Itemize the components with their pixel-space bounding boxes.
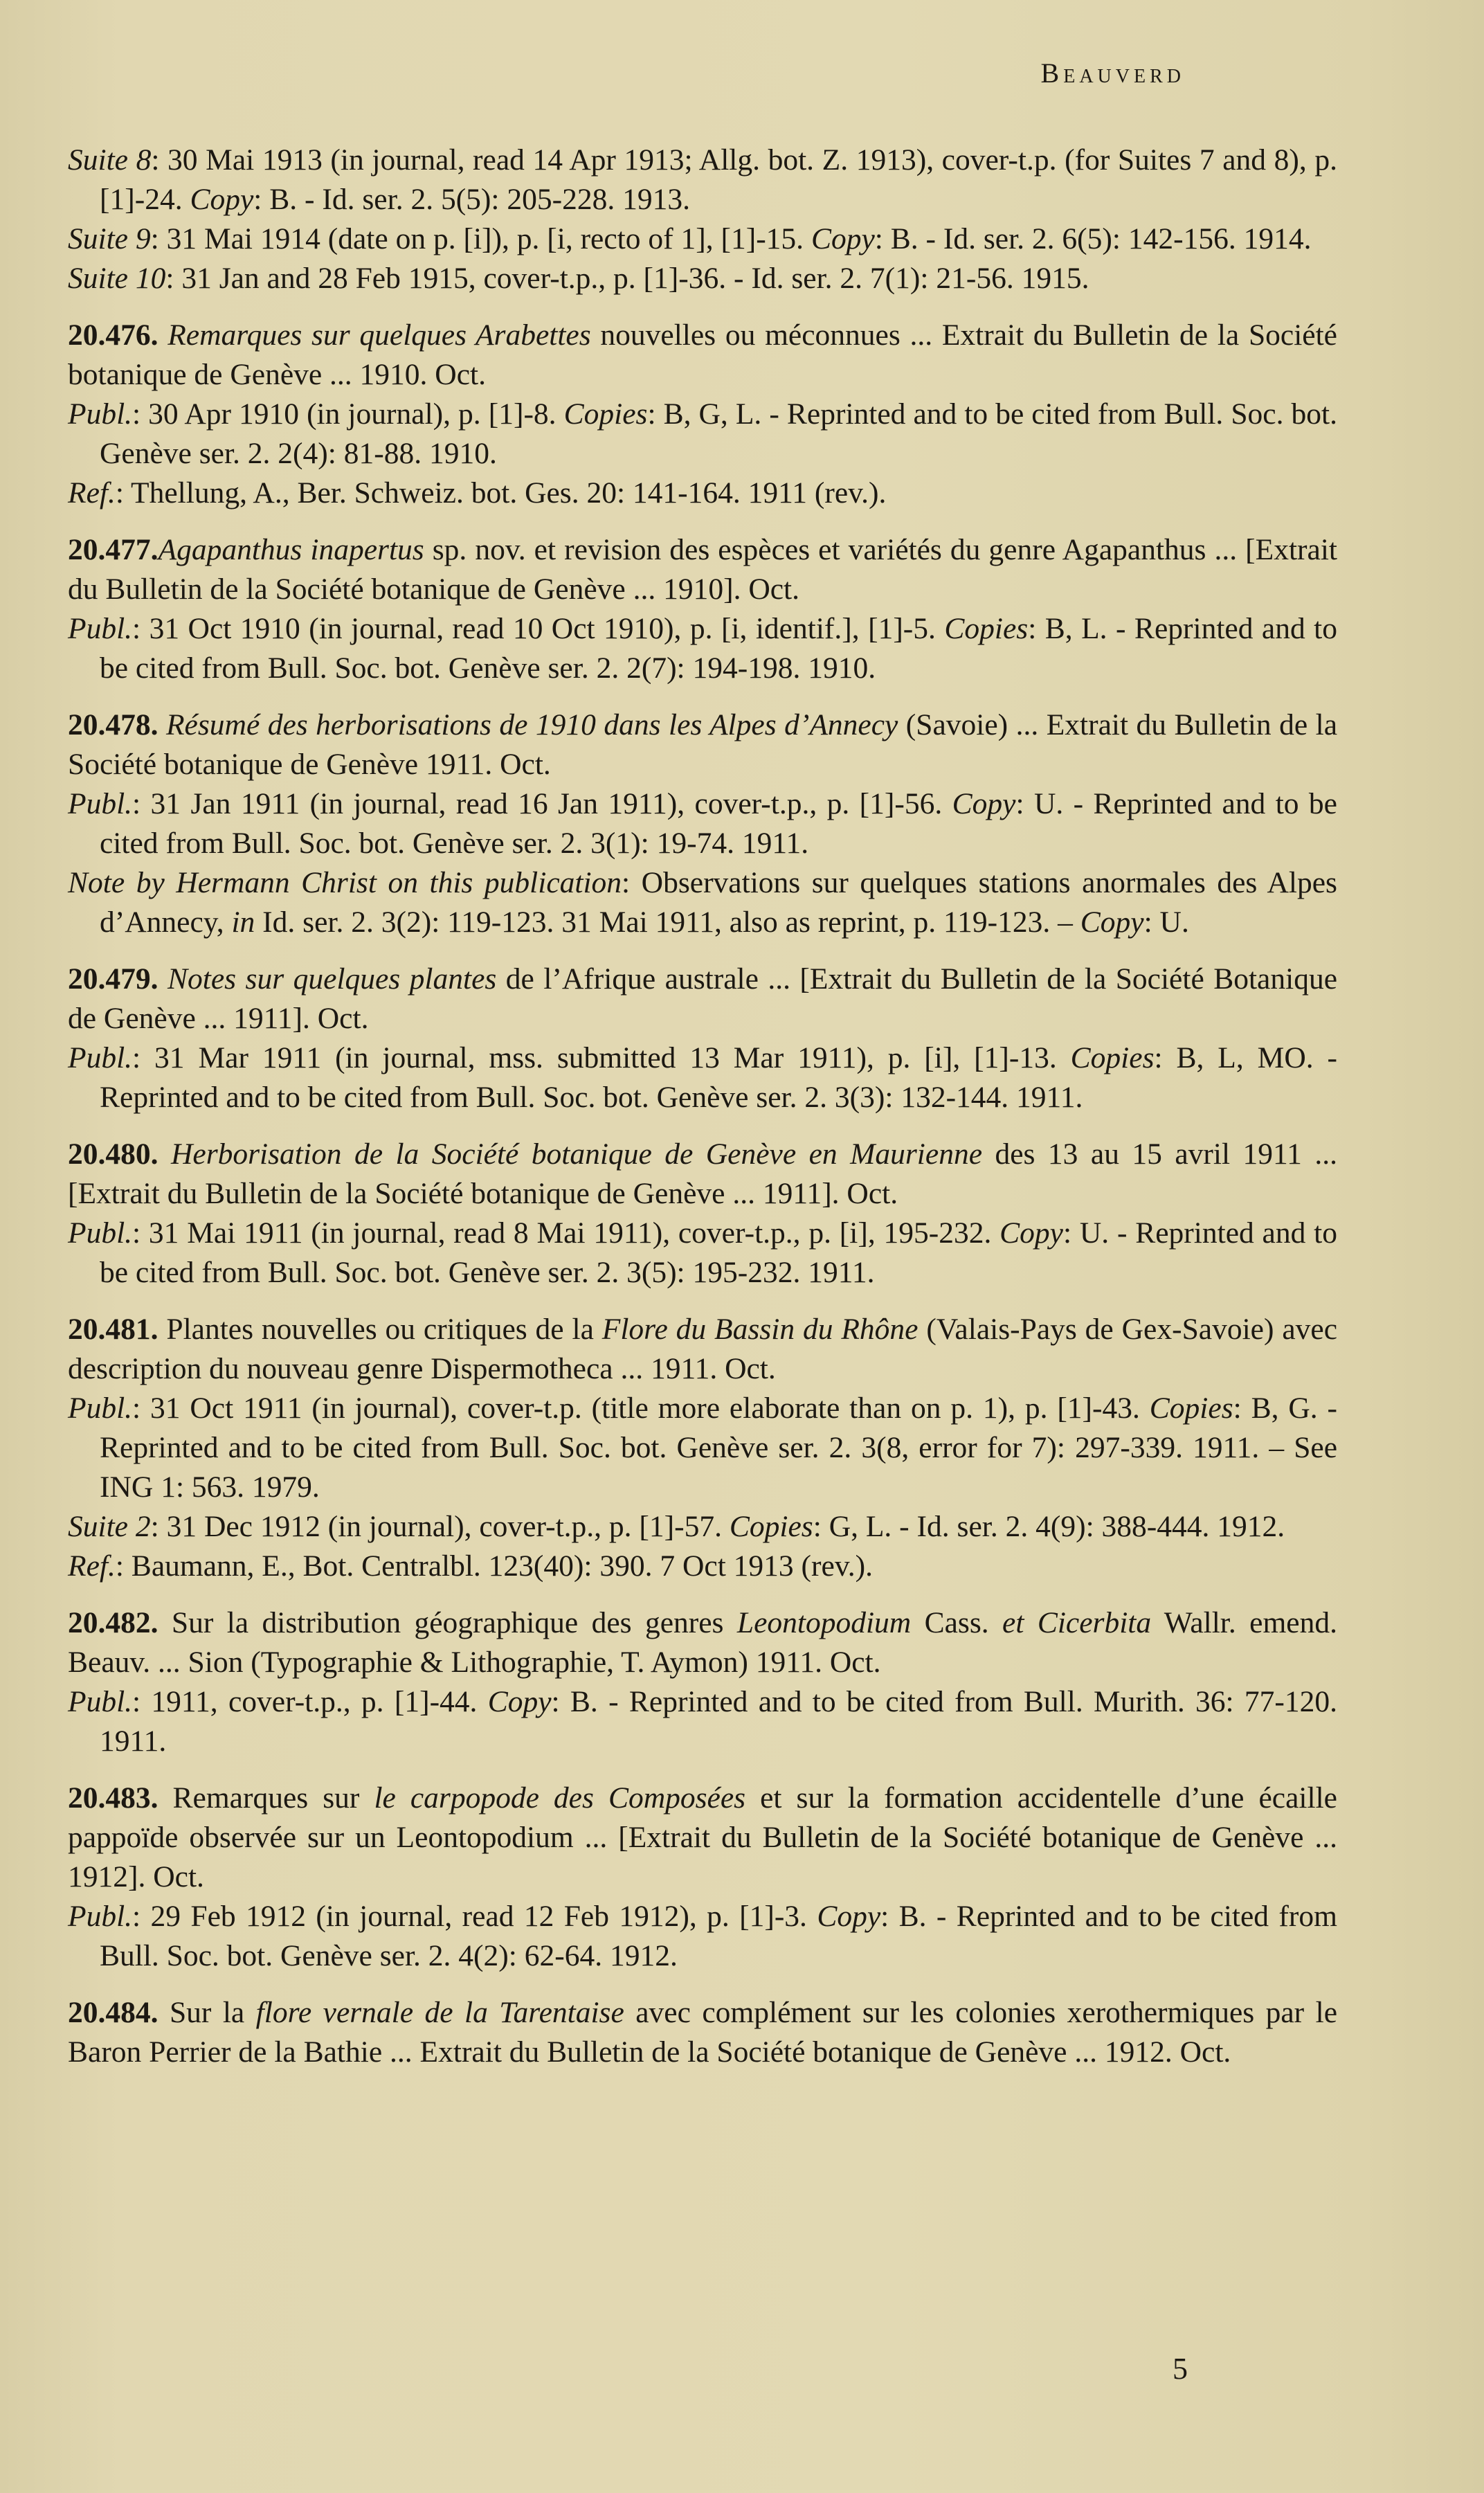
page-number: 5 bbox=[1173, 2351, 1188, 2386]
bibliography-entry: 20.476. Remarques sur quelques Arabettes… bbox=[68, 316, 1337, 513]
entry-title: 20.483. Remarques sur le carpopode des C… bbox=[68, 1779, 1337, 1897]
suite-label: Suite 10 bbox=[68, 262, 165, 295]
publication-line: Publ.: 31 Oct 1910 (in journal, read 10 … bbox=[68, 609, 1337, 688]
reference-line: Ref.: Baumann, E., Bot. Centralbl. 123(4… bbox=[68, 1547, 1337, 1586]
publication-line: Publ.: 31 Mai 1911 (in journal, read 8 M… bbox=[68, 1214, 1337, 1293]
bibliography-entry: 20.481. Plantes nouvelles ou critiques d… bbox=[68, 1310, 1337, 1586]
bibliography-entry: 20.483. Remarques sur le carpopode des C… bbox=[68, 1779, 1337, 1976]
bibliography-entry: 20.479. Notes sur quelques plantes de l’… bbox=[68, 960, 1337, 1117]
suite-line: Suite 2: 31 Dec 1912 (in journal), cover… bbox=[68, 1507, 1337, 1547]
entry-number: 20.484. bbox=[68, 1996, 159, 2029]
entry-number: 20.479. bbox=[68, 962, 159, 996]
entry-title: 20.480. Herborisation de la Société bota… bbox=[68, 1135, 1337, 1214]
entry-title: 20.484. Sur la flore vernale de la Taren… bbox=[68, 1993, 1337, 2072]
page-content: Suite 8: 30 Mai 1913 (in journal, read 1… bbox=[68, 141, 1337, 2089]
publication-line: Publ.: 29 Feb 1912 (in journal, read 12 … bbox=[68, 1897, 1337, 1976]
entry-title: 20.476. Remarques sur quelques Arabettes… bbox=[68, 316, 1337, 395]
publication-line: Publ.: 31 Oct 1911 (in journal), cover-t… bbox=[68, 1389, 1337, 1507]
entry-title: 20.478. Résumé des herborisations de 191… bbox=[68, 705, 1337, 784]
note-line: Note by Hermann Christ on this publicati… bbox=[68, 863, 1337, 942]
publication-line: Publ.: 31 Jan 1911 (in journal, read 16 … bbox=[68, 784, 1337, 863]
entry-number: 20.478. bbox=[68, 708, 159, 741]
suite-label: Suite 8 bbox=[68, 143, 151, 177]
entry-title: 20.479. Notes sur quelques plantes de l’… bbox=[68, 960, 1337, 1038]
entry-number: 20.482. bbox=[68, 1606, 159, 1639]
bibliography-entry: 20.478. Résumé des herborisations de 191… bbox=[68, 705, 1337, 942]
bibliography-entry: 20.480. Herborisation de la Société bota… bbox=[68, 1135, 1337, 1293]
entry-continuation: Suite 8: 30 Mai 1913 (in journal, read 1… bbox=[68, 141, 1337, 298]
running-head-author: Beauverd bbox=[1041, 57, 1185, 89]
entry-title: 20.477.Agapanthus inapertus sp. nov. et … bbox=[68, 530, 1337, 609]
bibliography-entry: 20.484. Sur la flore vernale de la Taren… bbox=[68, 1993, 1337, 2072]
entry-number: 20.483. bbox=[68, 1781, 159, 1815]
entry-number: 20.481. bbox=[68, 1313, 159, 1346]
reference-line: Ref.: Thellung, A., Ber. Schweiz. bot. G… bbox=[68, 474, 1337, 513]
entry-number: 20.480. bbox=[68, 1137, 159, 1171]
entry-title: 20.482. Sur la distribution géographique… bbox=[68, 1603, 1337, 1682]
bibliography-entry: 20.482. Sur la distribution géographique… bbox=[68, 1603, 1337, 1761]
suite-line: Suite 9: 31 Mai 1914 (date on p. [i]), p… bbox=[68, 219, 1337, 259]
entry-number: 20.476. bbox=[68, 318, 159, 352]
publication-line: Publ.: 1911, cover-t.p., p. [1]-44. Copy… bbox=[68, 1682, 1337, 1761]
publication-line: Publ.: 31 Mar 1911 (in journal, mss. sub… bbox=[68, 1038, 1337, 1117]
bibliography-entry: 20.477.Agapanthus inapertus sp. nov. et … bbox=[68, 530, 1337, 688]
suite-line: Suite 8: 30 Mai 1913 (in journal, read 1… bbox=[68, 141, 1337, 219]
entry-number: 20.477. bbox=[68, 533, 159, 566]
publication-line: Publ.: 30 Apr 1910 (in journal), p. [1]-… bbox=[68, 395, 1337, 474]
entry-title: 20.481. Plantes nouvelles ou critiques d… bbox=[68, 1310, 1337, 1389]
suite-label: Suite 9 bbox=[68, 222, 151, 255]
suite-line: Suite 10: 31 Jan and 28 Feb 1915, cover-… bbox=[68, 259, 1337, 298]
